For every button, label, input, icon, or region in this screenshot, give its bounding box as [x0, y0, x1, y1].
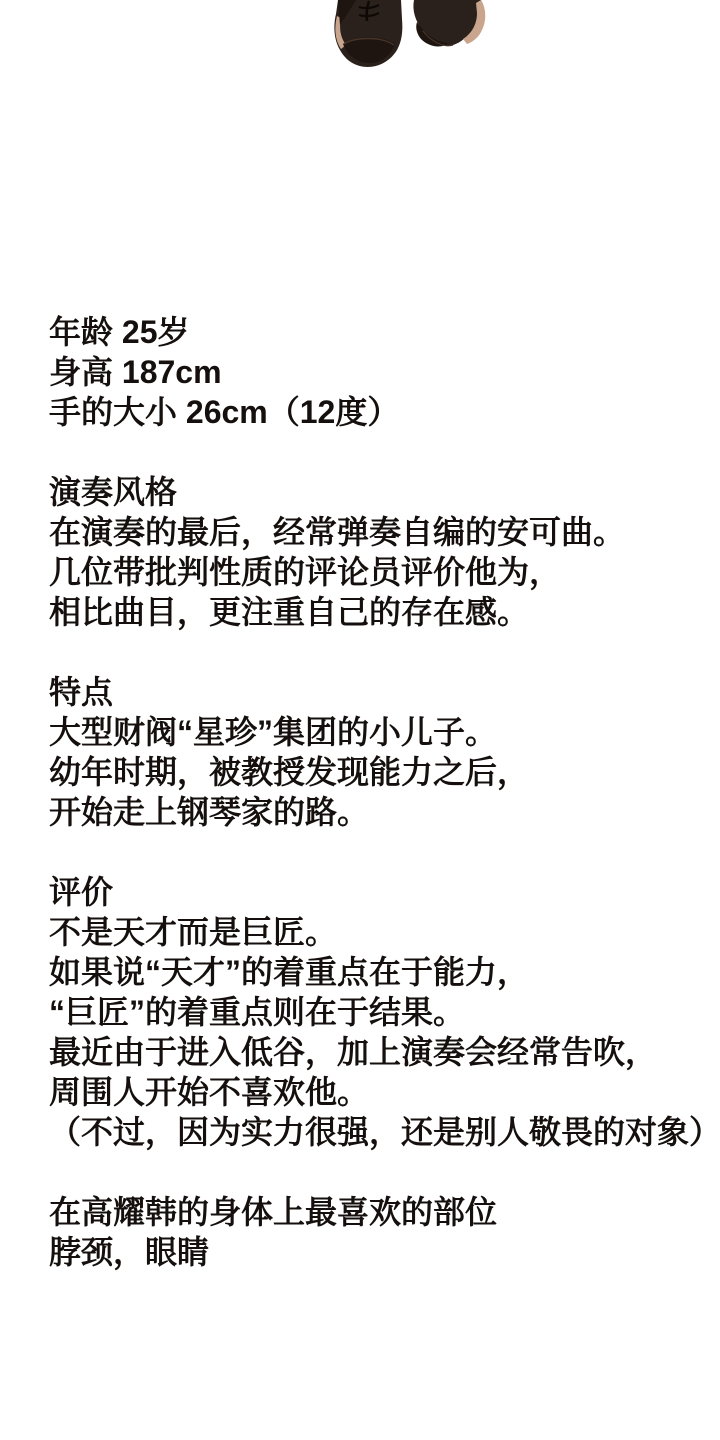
text-line: （不过，因为实力很强，还是别人敬畏的对象） — [49, 1112, 699, 1152]
height-line: 身高 187cm — [49, 352, 699, 392]
profile-text: 年龄 25岁 身高 187cm 手的大小 26cm（12度） 演奏风格 在演奏的… — [49, 312, 699, 1272]
text-line: 不是天才而是巨匠。 — [49, 912, 699, 952]
favorite-body-part-paragraph: 在高耀韩的身体上最喜欢的部位 脖颈，眼睛 — [49, 1192, 699, 1272]
text-line: 脖颈，眼睛 — [49, 1232, 699, 1272]
dress-shoes-illustration — [328, 0, 500, 74]
text-line: “巨匠”的着重点则在于结果。 — [49, 992, 699, 1032]
character-profile-page: 年龄 25岁 身高 187cm 手的大小 26cm（12度） 演奏风格 在演奏的… — [0, 0, 720, 1440]
text-line: 周围人开始不喜欢他。 — [49, 1072, 699, 1112]
left-shoe — [334, 0, 402, 67]
traits-paragraph: 特点 大型财阀“星珍”集团的小儿子。 幼年时期，被教授发现能力之后， 开始走上钢… — [49, 672, 699, 832]
text-line: 在演奏的最后，经常弹奏自编的安可曲。 — [49, 512, 699, 552]
section-heading: 特点 — [49, 672, 699, 712]
section-heading: 在高耀韩的身体上最喜欢的部位 — [49, 1192, 699, 1232]
stats-paragraph: 年龄 25岁 身高 187cm 手的大小 26cm（12度） — [49, 312, 699, 432]
text-line: 几位带批判性质的评论员评价他为， — [49, 552, 699, 592]
right-shoe — [413, 0, 485, 46]
performance-style-paragraph: 演奏风格 在演奏的最后，经常弹奏自编的安可曲。 几位带批判性质的评论员评价他为，… — [49, 472, 699, 632]
age-line: 年龄 25岁 — [49, 312, 699, 352]
section-heading: 评价 — [49, 872, 699, 912]
section-heading: 演奏风格 — [49, 472, 699, 512]
text-line: 如果说“天才”的着重点在于能力， — [49, 952, 699, 992]
evaluation-paragraph: 评价 不是天才而是巨匠。 如果说“天才”的着重点在于能力， “巨匠”的着重点则在… — [49, 872, 699, 1152]
hand-size-line: 手的大小 26cm（12度） — [49, 392, 699, 432]
text-line: 最近由于进入低谷，加上演奏会经常告吹， — [49, 1032, 699, 1072]
text-line: 幼年时期，被教授发现能力之后， — [49, 752, 699, 792]
text-line: 相比曲目，更注重自己的存在感。 — [49, 592, 699, 632]
text-line: 大型财阀“星珍”集团的小儿子。 — [49, 712, 699, 752]
text-line: 开始走上钢琴家的路。 — [49, 792, 699, 832]
